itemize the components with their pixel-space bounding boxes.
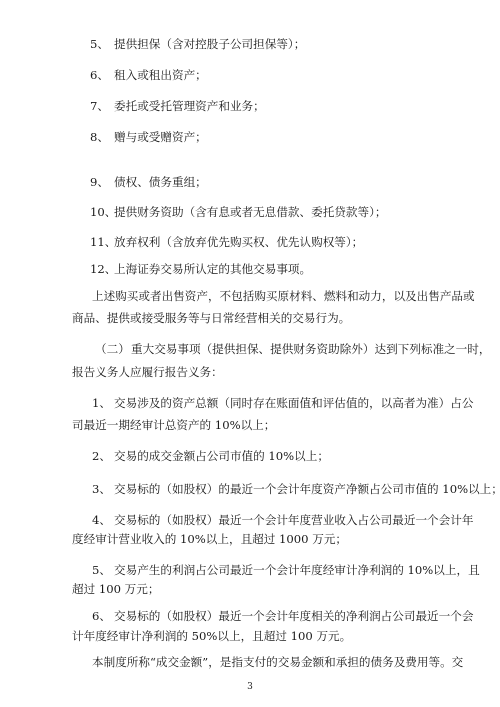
criteria-continuation: 司最近一期经审计总资产的 10%以上； (72, 418, 275, 432)
criteria-text: 交易标的（如股权）最近一个会计年度相关的净利润占公司最近一个会 (114, 609, 473, 623)
paragraph-text: 上述购买或者出售资产，不包括购买原材料、燃料和动力，以及出售产品或 (92, 289, 475, 303)
page-number: 3 (0, 682, 500, 692)
criteria-text: 度经审计营业收入的 10%以上，且超过 1000 万元； (72, 532, 347, 546)
list-text: 委托或受托管理资产和业务； (114, 99, 265, 113)
criteria-continuation: 超过 100 万元； (72, 582, 159, 596)
paragraph-line: 报告义务人应履行报告义务： (72, 365, 223, 379)
list-number: 8、 (90, 130, 109, 144)
criteria-text: 交易标的（如股权）的最近一个会计年度资产净额占公司市值的 10%以上； (114, 482, 500, 496)
criteria-text: 司最近一期经审计总资产的 10%以上； (72, 418, 275, 432)
criteria-number: 4、 (92, 513, 111, 527)
list-text: 债权、债务重组； (114, 175, 207, 189)
list-text: 提供财务资助（含有息或者无息借款、委托贷款等）； (114, 205, 386, 219)
paragraph-line: 商品、提供或接受服务等与日常经营相关的交易行为。 (72, 311, 350, 325)
list-text: 提供担保（含对控股子公司担保等）； (114, 37, 305, 51)
section-label: （二） (95, 342, 130, 356)
criteria-text: 计年度经审计净利润的 50%以上，且超过 100 万元。 (72, 629, 351, 643)
list-text: 租入或租出资产； (114, 68, 207, 82)
criteria-number: 3、 (92, 482, 111, 496)
criteria-continuation: 计年度经审计净利润的 50%以上，且超过 100 万元。 (72, 629, 351, 643)
criteria-number: 6、 (92, 609, 111, 623)
criteria-number: 2、 (92, 449, 111, 463)
criteria-text: 超过 100 万元； (72, 582, 159, 596)
list-text: 赠与或受赠资产； (114, 130, 207, 144)
criteria-text: 交易涉及的资产总额（同时存在账面值和评估值的，以高者为准）占公 (114, 396, 473, 410)
paragraph-text: 报告义务人应履行报告义务： (72, 365, 223, 379)
paragraph-line: 本制度所称“成交金额”，是指支付的交易金额和承担的债务及费用等。交 (92, 655, 463, 669)
list-number: 9、 (90, 175, 109, 189)
list-number: 12、 (90, 262, 116, 276)
criteria-number: 1、 (92, 396, 111, 410)
list-number: 7、 (90, 99, 109, 113)
section-text: 重大交易事项（提供担保、提供财务资助除外）达到下列标准之一时， (131, 342, 490, 356)
criteria-text: 交易的成交金额占公司市值的 10%以上； (114, 449, 329, 463)
list-text: 上海证券交易所认定的其他交易事项。 (114, 262, 311, 276)
paragraph-text: 本制度所称“成交金额”，是指支付的交易金额和承担的债务及费用等。交 (92, 655, 463, 669)
list-number: 10、 (90, 205, 116, 219)
criteria-text: 交易标的（如股权）最近一个会计年度营业收入占公司最近一个会计年 (114, 513, 473, 527)
list-number: 5、 (90, 37, 109, 51)
list-text: 放弃权利（含放弃优先购买权、优先认购权等）； (114, 235, 363, 249)
criteria-continuation: 度经审计营业收入的 10%以上，且超过 1000 万元； (72, 532, 347, 546)
list-number: 11、 (90, 235, 116, 249)
paragraph-text: 商品、提供或接受服务等与日常经营相关的交易行为。 (72, 311, 350, 325)
list-number: 6、 (90, 68, 109, 82)
criteria-text: 交易产生的利润占公司最近一个会计年度经审计净利润的 10%以上，且 (114, 563, 480, 577)
criteria-number: 5、 (92, 563, 111, 577)
paragraph-line: 上述购买或者出售资产，不包括购买原材料、燃料和动力，以及出售产品或 (92, 289, 475, 303)
